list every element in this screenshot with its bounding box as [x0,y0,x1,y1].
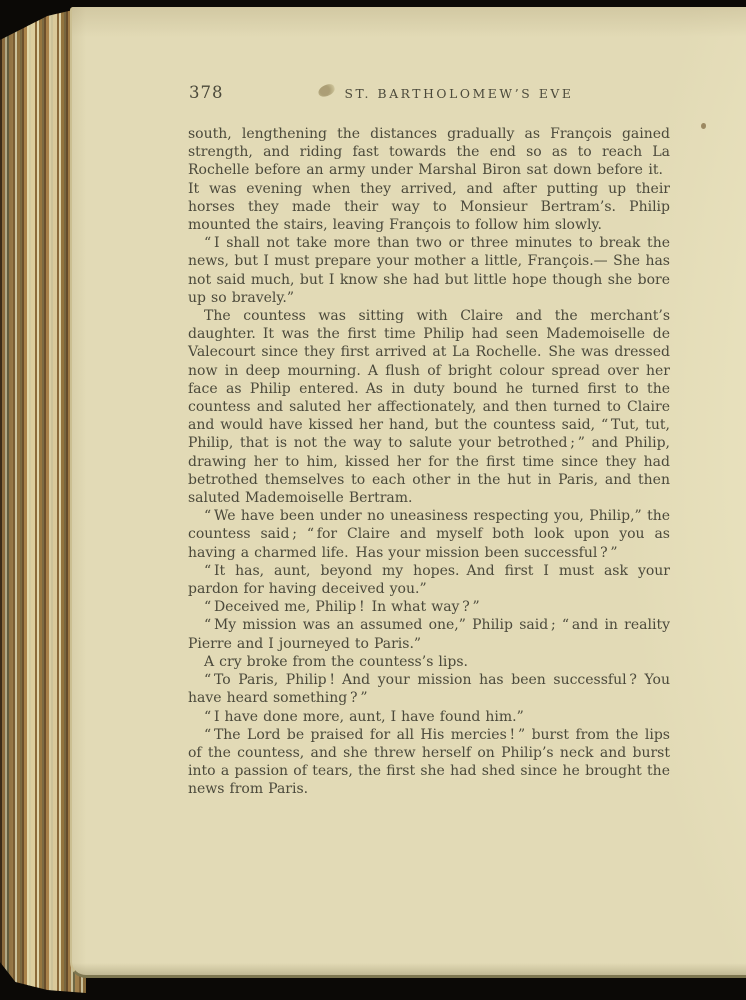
paragraph: “ The Lord be praised for all His mercie… [188,726,670,799]
paragraph: The countess was sitting with Claire and… [188,307,670,507]
paragraph: “ Deceived me, Philip ! In what way ? ” [188,598,670,616]
paragraph: A cry broke from the countess’s lips. [188,653,670,671]
running-title: ST. BARTHOLOMEW’S EVE [345,87,574,101]
paragraph: “ My mission was an assumed one,” Philip… [188,616,670,652]
paragraph: “ We have been under no uneasiness respe… [188,507,670,562]
paragraph: “ To Paris, Philip ! And your mission ha… [188,671,670,707]
paragraph: “ I have done more, aunt, I have found h… [188,708,670,726]
paragraph: “ I shall not take more than two or thre… [188,234,670,307]
body-text: south, lengthening the distances gradual… [188,125,670,799]
paragraph: south, lengthening the distances gradual… [188,125,670,234]
page-number: 378 [189,83,224,102]
page-header: 378 ST. BARTHOLOMEW’S EVE [188,83,670,105]
margin-speck [701,123,706,129]
book-page: 378 ST. BARTHOLOMEW’S EVE south, lengthe… [70,7,746,978]
book-photo: 378 ST. BARTHOLOMEW’S EVE south, lengthe… [0,0,746,1000]
printed-text-area: 378 ST. BARTHOLOMEW’S EVE south, lengthe… [188,83,670,799]
paragraph: “ It has, aunt, beyond my hopes. And fir… [188,562,670,598]
